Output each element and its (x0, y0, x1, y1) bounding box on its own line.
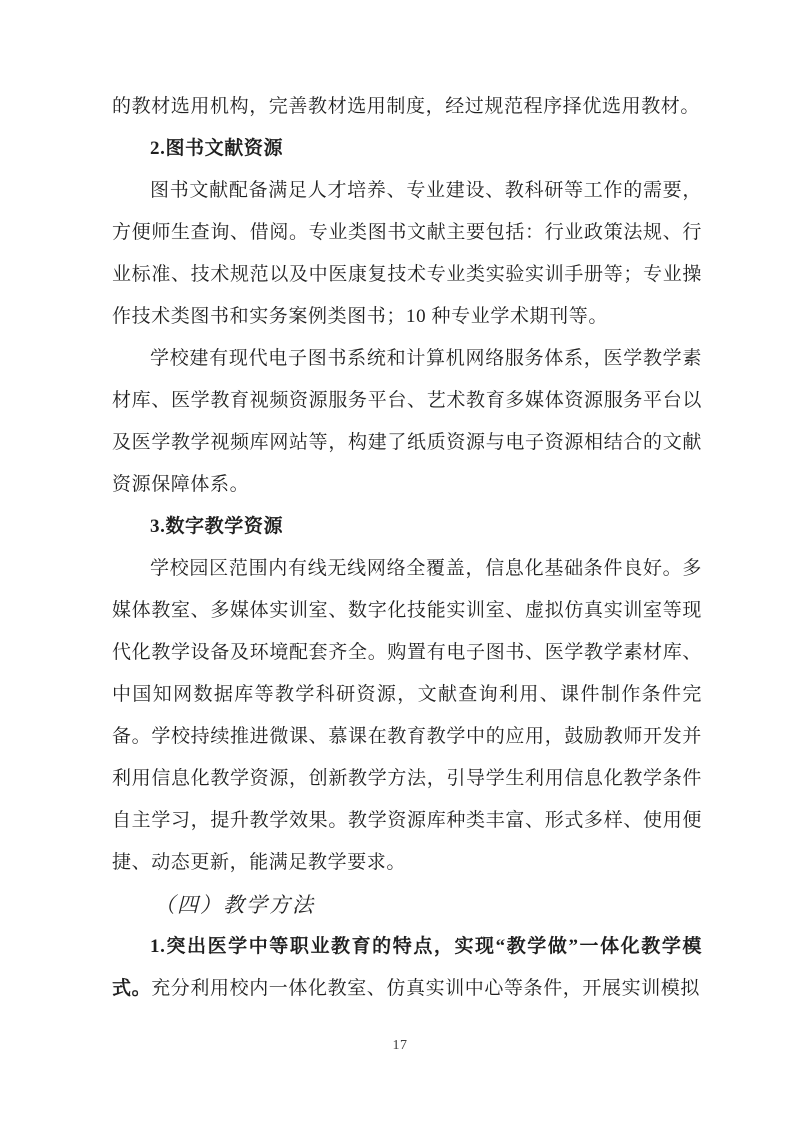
paragraph-textbook-selection-continuation: 的教材选用机构，完善教材选用制度，经过规范程序择优选用教材。 (112, 86, 702, 128)
heading-teaching-methods: （四）教学方法 (112, 884, 702, 926)
paragraph-electronic-library-system: 学校建有现代电子图书系统和计算机网络服务体系，医学教学素材库、医学教育视频资源服… (112, 338, 702, 506)
paragraph-library-collection: 图书文献配备满足人才培养、专业建设、教科研等工作的需要，方便师生查询、借阅。专业… (112, 170, 702, 338)
page-number: 17 (0, 1036, 800, 1056)
document-page: 的教材选用机构，完善教材选用制度，经过规范程序择优选用教材。 2.图书文献资源 … (0, 0, 800, 1131)
heading-library-literature-resources: 2.图书文献资源 (112, 128, 702, 170)
heading-digital-teaching-resources: 3.数字教学资源 (112, 506, 702, 548)
document-text-block: 的教材选用机构，完善教材选用制度，经过规范程序择优选用教材。 2.图书文献资源 … (112, 86, 702, 1010)
paragraph-teaching-model: 1.突出医学中等职业教育的特点，实现“教学做”一体化教学模式。充分利用校内一体化… (112, 926, 702, 1010)
paragraph-digital-resources: 学校园区范围内有线无线网络全覆盖，信息化基础条件良好。多媒体教室、多媒体实训室、… (112, 548, 702, 884)
teaching-model-body-text: 充分利用校内一体化教室、仿真实训中心等条件，开展实训模拟 (151, 978, 700, 999)
